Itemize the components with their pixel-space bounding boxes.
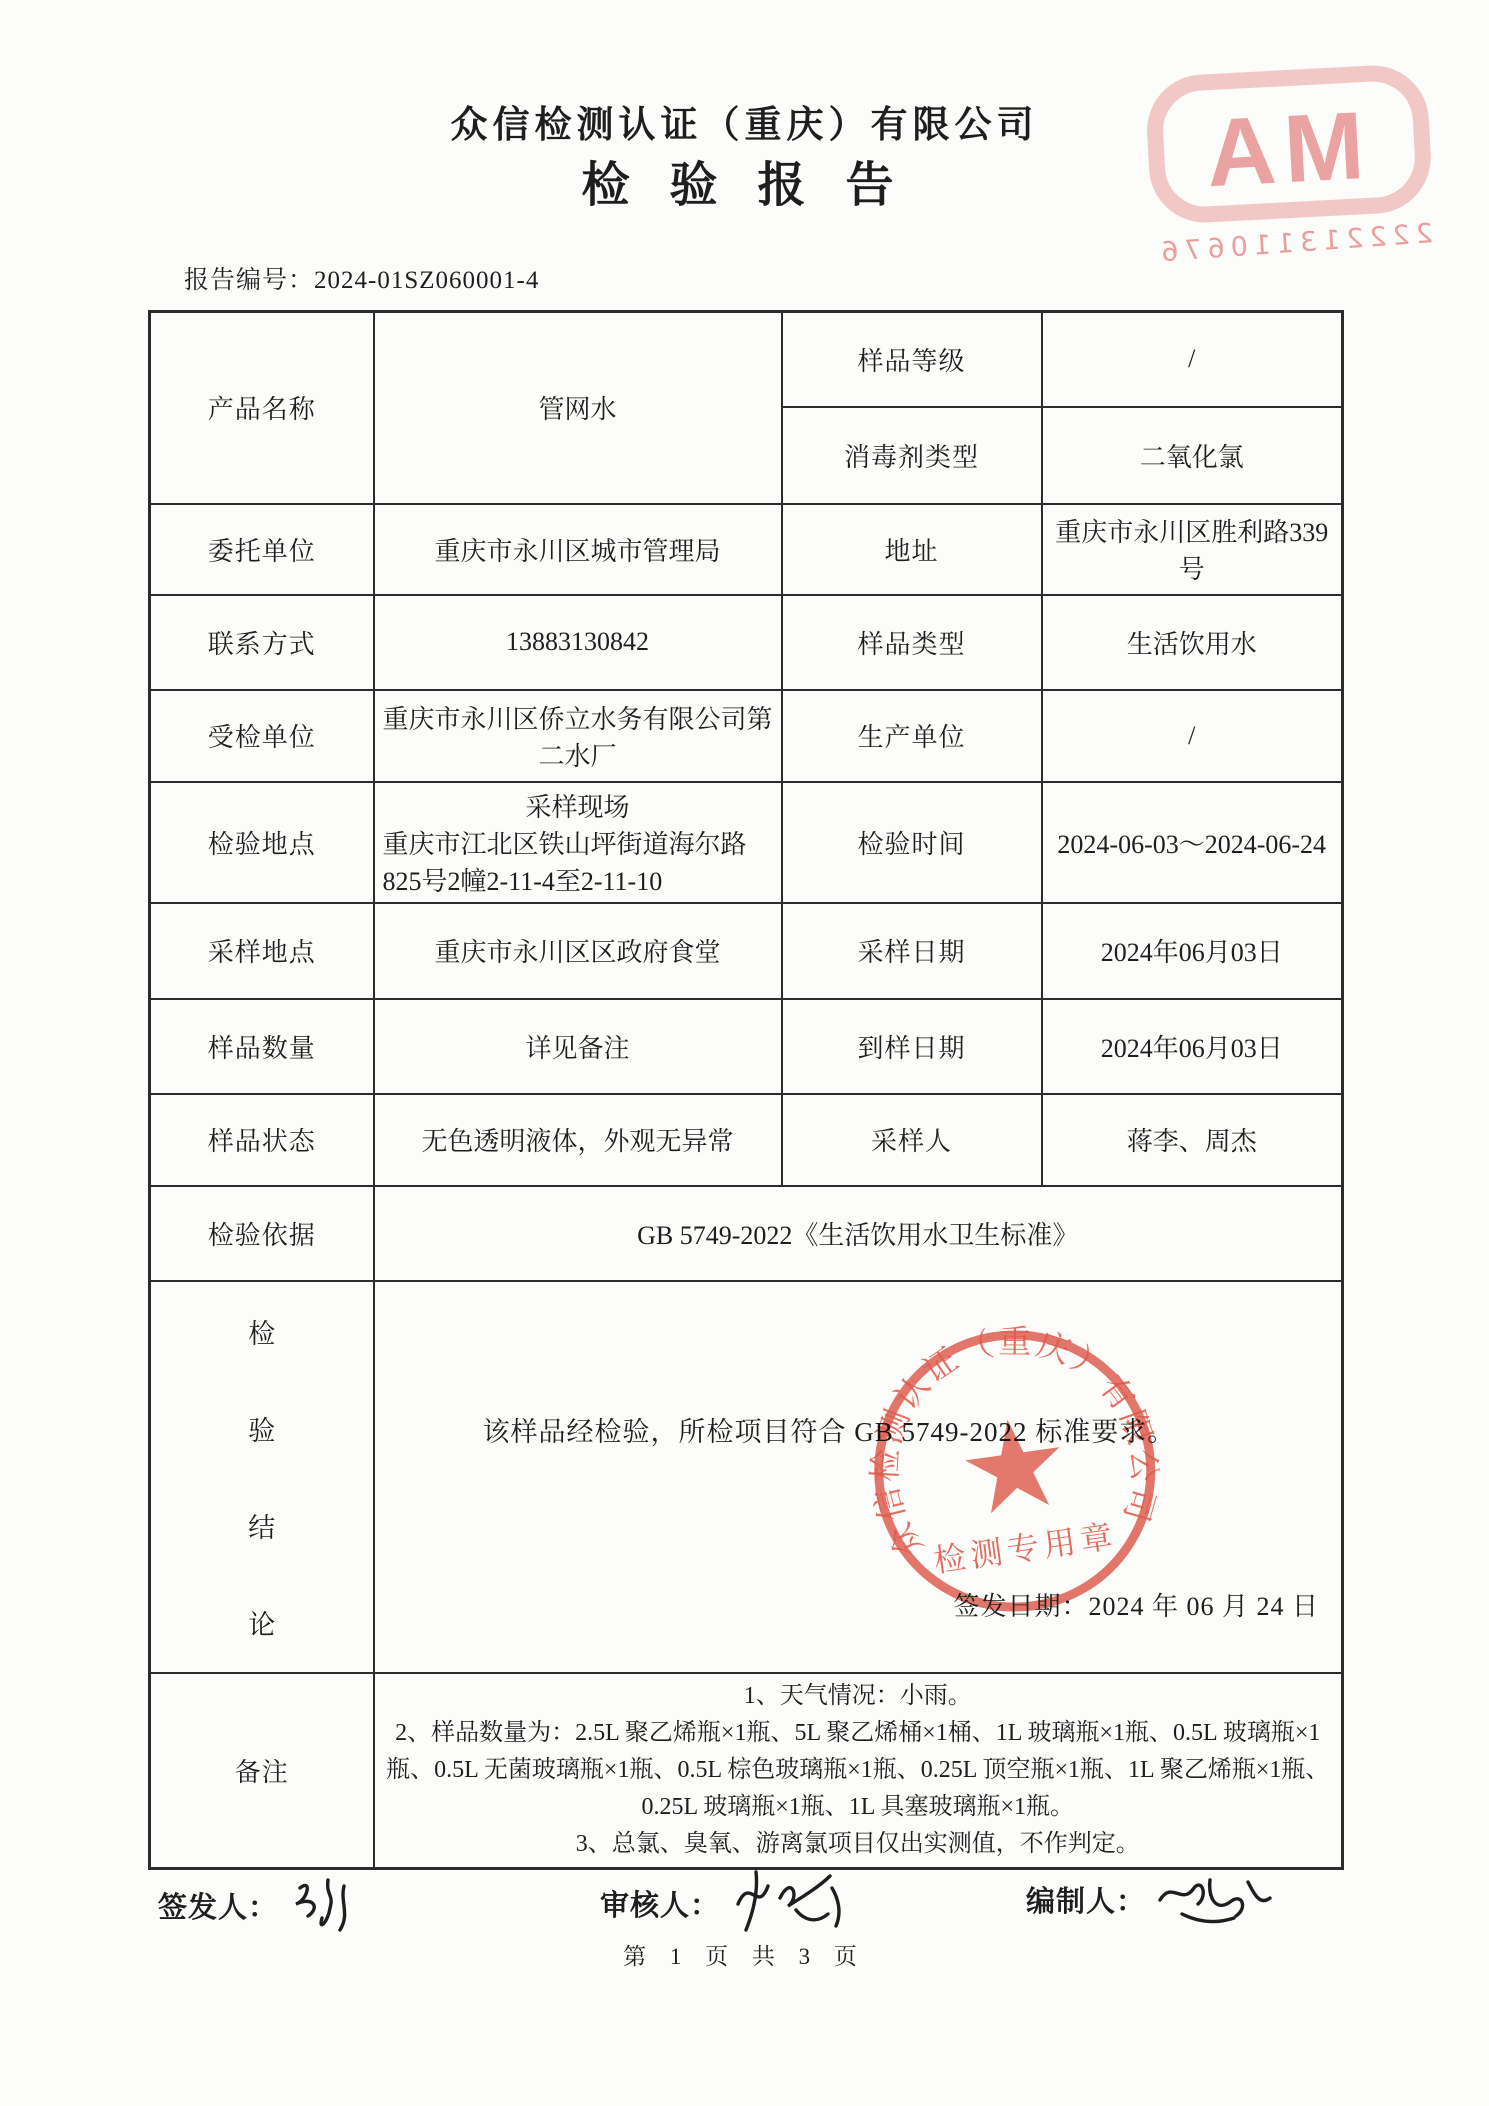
cma-stamp-letters: AM <box>1204 98 1374 203</box>
cell-sample-grade-value: / <box>1042 312 1343 407</box>
table-row: 备注 1、天气情况：小雨。 2、样品数量为：2.5L 聚乙烯瓶×1瓶、5L 聚乙… <box>150 1673 1343 1869</box>
report-number-value: 2024-01SZ060001-4 <box>314 267 539 294</box>
cell-sample-type-label: 样品类型 <box>782 595 1042 690</box>
inspection-site-line1: 采样现场 <box>383 787 773 824</box>
cell-sampling-site-value: 重庆市永川区区政府食堂 <box>374 903 782 999</box>
cell-contact-value: 13883130842 <box>374 595 782 690</box>
preparer-label: 编制人： <box>1026 1879 1146 1920</box>
cell-sample-qty-label: 样品数量 <box>150 999 374 1094</box>
cell-producer-value: / <box>1042 690 1343 782</box>
seal-star <box>960 1412 1067 1515</box>
table-row: 采样地点 重庆市永川区区政府食堂 采样日期 2024年06月03日 <box>150 903 1343 999</box>
signature-row: 签发人： 审核人： 编制人： <box>148 1868 1341 1940</box>
remark-line-2: 2、样品数量为：2.5L 聚乙烯瓶×1瓶、5L 聚乙烯桶×1桶、1L 玻璃瓶×1… <box>383 1715 1334 1827</box>
issuer-signature <box>284 1874 380 1936</box>
table-row: 委托单位 重庆市永川区城市管理局 地址 重庆市永川区胜利路339号 <box>150 504 1343 595</box>
issuer-signature-block: 签发人： <box>158 1874 380 1936</box>
conclusion-char-2: 验 <box>248 1409 275 1448</box>
cell-disinfectant-type-value: 二氧化氯 <box>1042 407 1343 504</box>
table-row: 受检单位 重庆市永川区侨立水务有限公司第二水厂 生产单位 / <box>150 690 1343 782</box>
reviewer-signature-block: 审核人： <box>600 1868 854 1938</box>
cell-address-value: 重庆市永川区胜利路339号 <box>1042 504 1343 595</box>
cell-sample-type-value: 生活饮用水 <box>1042 595 1343 690</box>
table-row: 检验地点 采样现场 重庆市江北区铁山坪街道海尔路825号2幢2-11-4至2-1… <box>150 782 1343 903</box>
cell-sampler-label: 采样人 <box>782 1094 1042 1186</box>
inspection-site-line2: 重庆市江北区铁山坪街道海尔路825号2幢2-11-4至2-11-10 <box>383 824 773 898</box>
cell-sample-grade-label: 样品等级 <box>782 312 1042 407</box>
cell-basis-label: 检验依据 <box>150 1186 374 1281</box>
cell-address-label: 地址 <box>782 504 1042 595</box>
conclusion-char-4: 论 <box>248 1603 275 1642</box>
cell-product-name-value: 管网水 <box>374 312 782 504</box>
report-number-label: 报告编号： <box>184 267 314 294</box>
cell-sampling-date-value: 2024年06月03日 <box>1042 903 1343 999</box>
cell-inspection-time-label: 检验时间 <box>782 782 1042 903</box>
cell-inspected-unit-label: 受检单位 <box>150 690 374 782</box>
report-number-line: 报告编号：2024-01SZ060001-4 <box>184 260 539 296</box>
cell-arrival-date-label: 到样日期 <box>782 999 1042 1094</box>
seal-caption: 检测专用章 <box>931 1517 1119 1578</box>
issuer-label: 签发人： <box>158 1885 278 1926</box>
cell-product-name-label: 产品名称 <box>150 312 374 504</box>
cell-inspection-site-value: 采样现场 重庆市江北区铁山坪街道海尔路825号2幢2-11-4至2-11-10 <box>374 782 782 903</box>
cell-sampling-date-label: 采样日期 <box>782 903 1042 999</box>
remark-line-1: 1、天气情况：小雨。 <box>383 1678 1334 1715</box>
cma-accreditation-stamp: AM 222213110676 <box>1142 63 1437 267</box>
cell-inspection-time-value: 2024-06-03～2024-06-24 <box>1042 782 1343 903</box>
cma-stamp-number-mirrored: 222213110676 <box>1150 218 1437 269</box>
table-row: 样品状态 无色透明液体，外观无异常 采样人 蒋李、周杰 <box>150 1094 1343 1186</box>
cell-client-label: 委托单位 <box>150 504 374 595</box>
cell-conclusion-value: 该样品经检验，所检项目符合 GB 5749-2022 标准要求。 众信检测认证（… <box>374 1281 1343 1673</box>
table-row: 产品名称 管网水 样品等级 / <box>150 312 1343 407</box>
cma-stamp-border: AM <box>1144 63 1433 226</box>
report-table: 产品名称 管网水 样品等级 / 消毒剂类型 二氧化氯 委托单位 重庆市永川区城市… <box>148 310 1344 1870</box>
table-row: 检验依据 GB 5749-2022《生活饮用水卫生标准》 <box>150 1186 1343 1281</box>
cell-sample-qty-value: 详见备注 <box>374 999 782 1094</box>
inspection-report-page: 众信检测认证（重庆）有限公司 检 验 报 告 AM 222213110676 报… <box>0 0 1489 2106</box>
cell-conclusion-label: 检 验 结 论 <box>150 1281 374 1673</box>
cell-inspection-site-label: 检验地点 <box>150 782 374 903</box>
remark-line-3: 3、总氯、臭氧、游离氯项目仅出实测值，不作判定。 <box>383 1826 1334 1863</box>
cell-sample-state-label: 样品状态 <box>150 1094 374 1186</box>
cell-remarks-value: 1、天气情况：小雨。 2、样品数量为：2.5L 聚乙烯瓶×1瓶、5L 聚乙烯桶×… <box>374 1673 1343 1869</box>
cell-basis-value: GB 5749-2022《生活饮用水卫生标准》 <box>374 1186 1343 1281</box>
page-number: 第 1 页 共 3 页 <box>148 1938 1341 1971</box>
table-row: 样品数量 详见备注 到样日期 2024年06月03日 <box>150 999 1343 1094</box>
table-row: 联系方式 13883130842 样品类型 生活饮用水 <box>150 595 1343 690</box>
cell-client-value: 重庆市永川区城市管理局 <box>374 504 782 595</box>
conclusion-char-1: 检 <box>248 1312 275 1351</box>
cell-sampling-site-label: 采样地点 <box>150 903 374 999</box>
preparer-signature-block: 编制人： <box>1026 1868 1280 1930</box>
cell-arrival-date-value: 2024年06月03日 <box>1042 999 1343 1094</box>
preparer-signature <box>1152 1868 1280 1930</box>
table-row: 检 验 结 论 该样品经检验，所检项目符合 GB 5749-2022 标准要求。… <box>150 1281 1343 1673</box>
cell-remarks-label: 备注 <box>150 1673 374 1869</box>
issue-date: 签发日期：2024 年 06 月 24 日 <box>953 1586 1319 1623</box>
cell-producer-label: 生产单位 <box>782 690 1042 782</box>
cell-sampler-value: 蒋李、周杰 <box>1042 1094 1343 1186</box>
reviewer-signature <box>726 1868 854 1938</box>
reviewer-label: 审核人： <box>600 1883 720 1924</box>
conclusion-vertical-label: 检 验 结 论 <box>159 1312 365 1642</box>
conclusion-char-3: 结 <box>248 1506 275 1545</box>
cell-inspected-unit-value: 重庆市永川区侨立水务有限公司第二水厂 <box>374 690 782 782</box>
cell-disinfectant-type-label: 消毒剂类型 <box>782 407 1042 504</box>
cell-contact-label: 联系方式 <box>150 595 374 690</box>
cell-sample-state-value: 无色透明液体，外观无异常 <box>374 1094 782 1186</box>
